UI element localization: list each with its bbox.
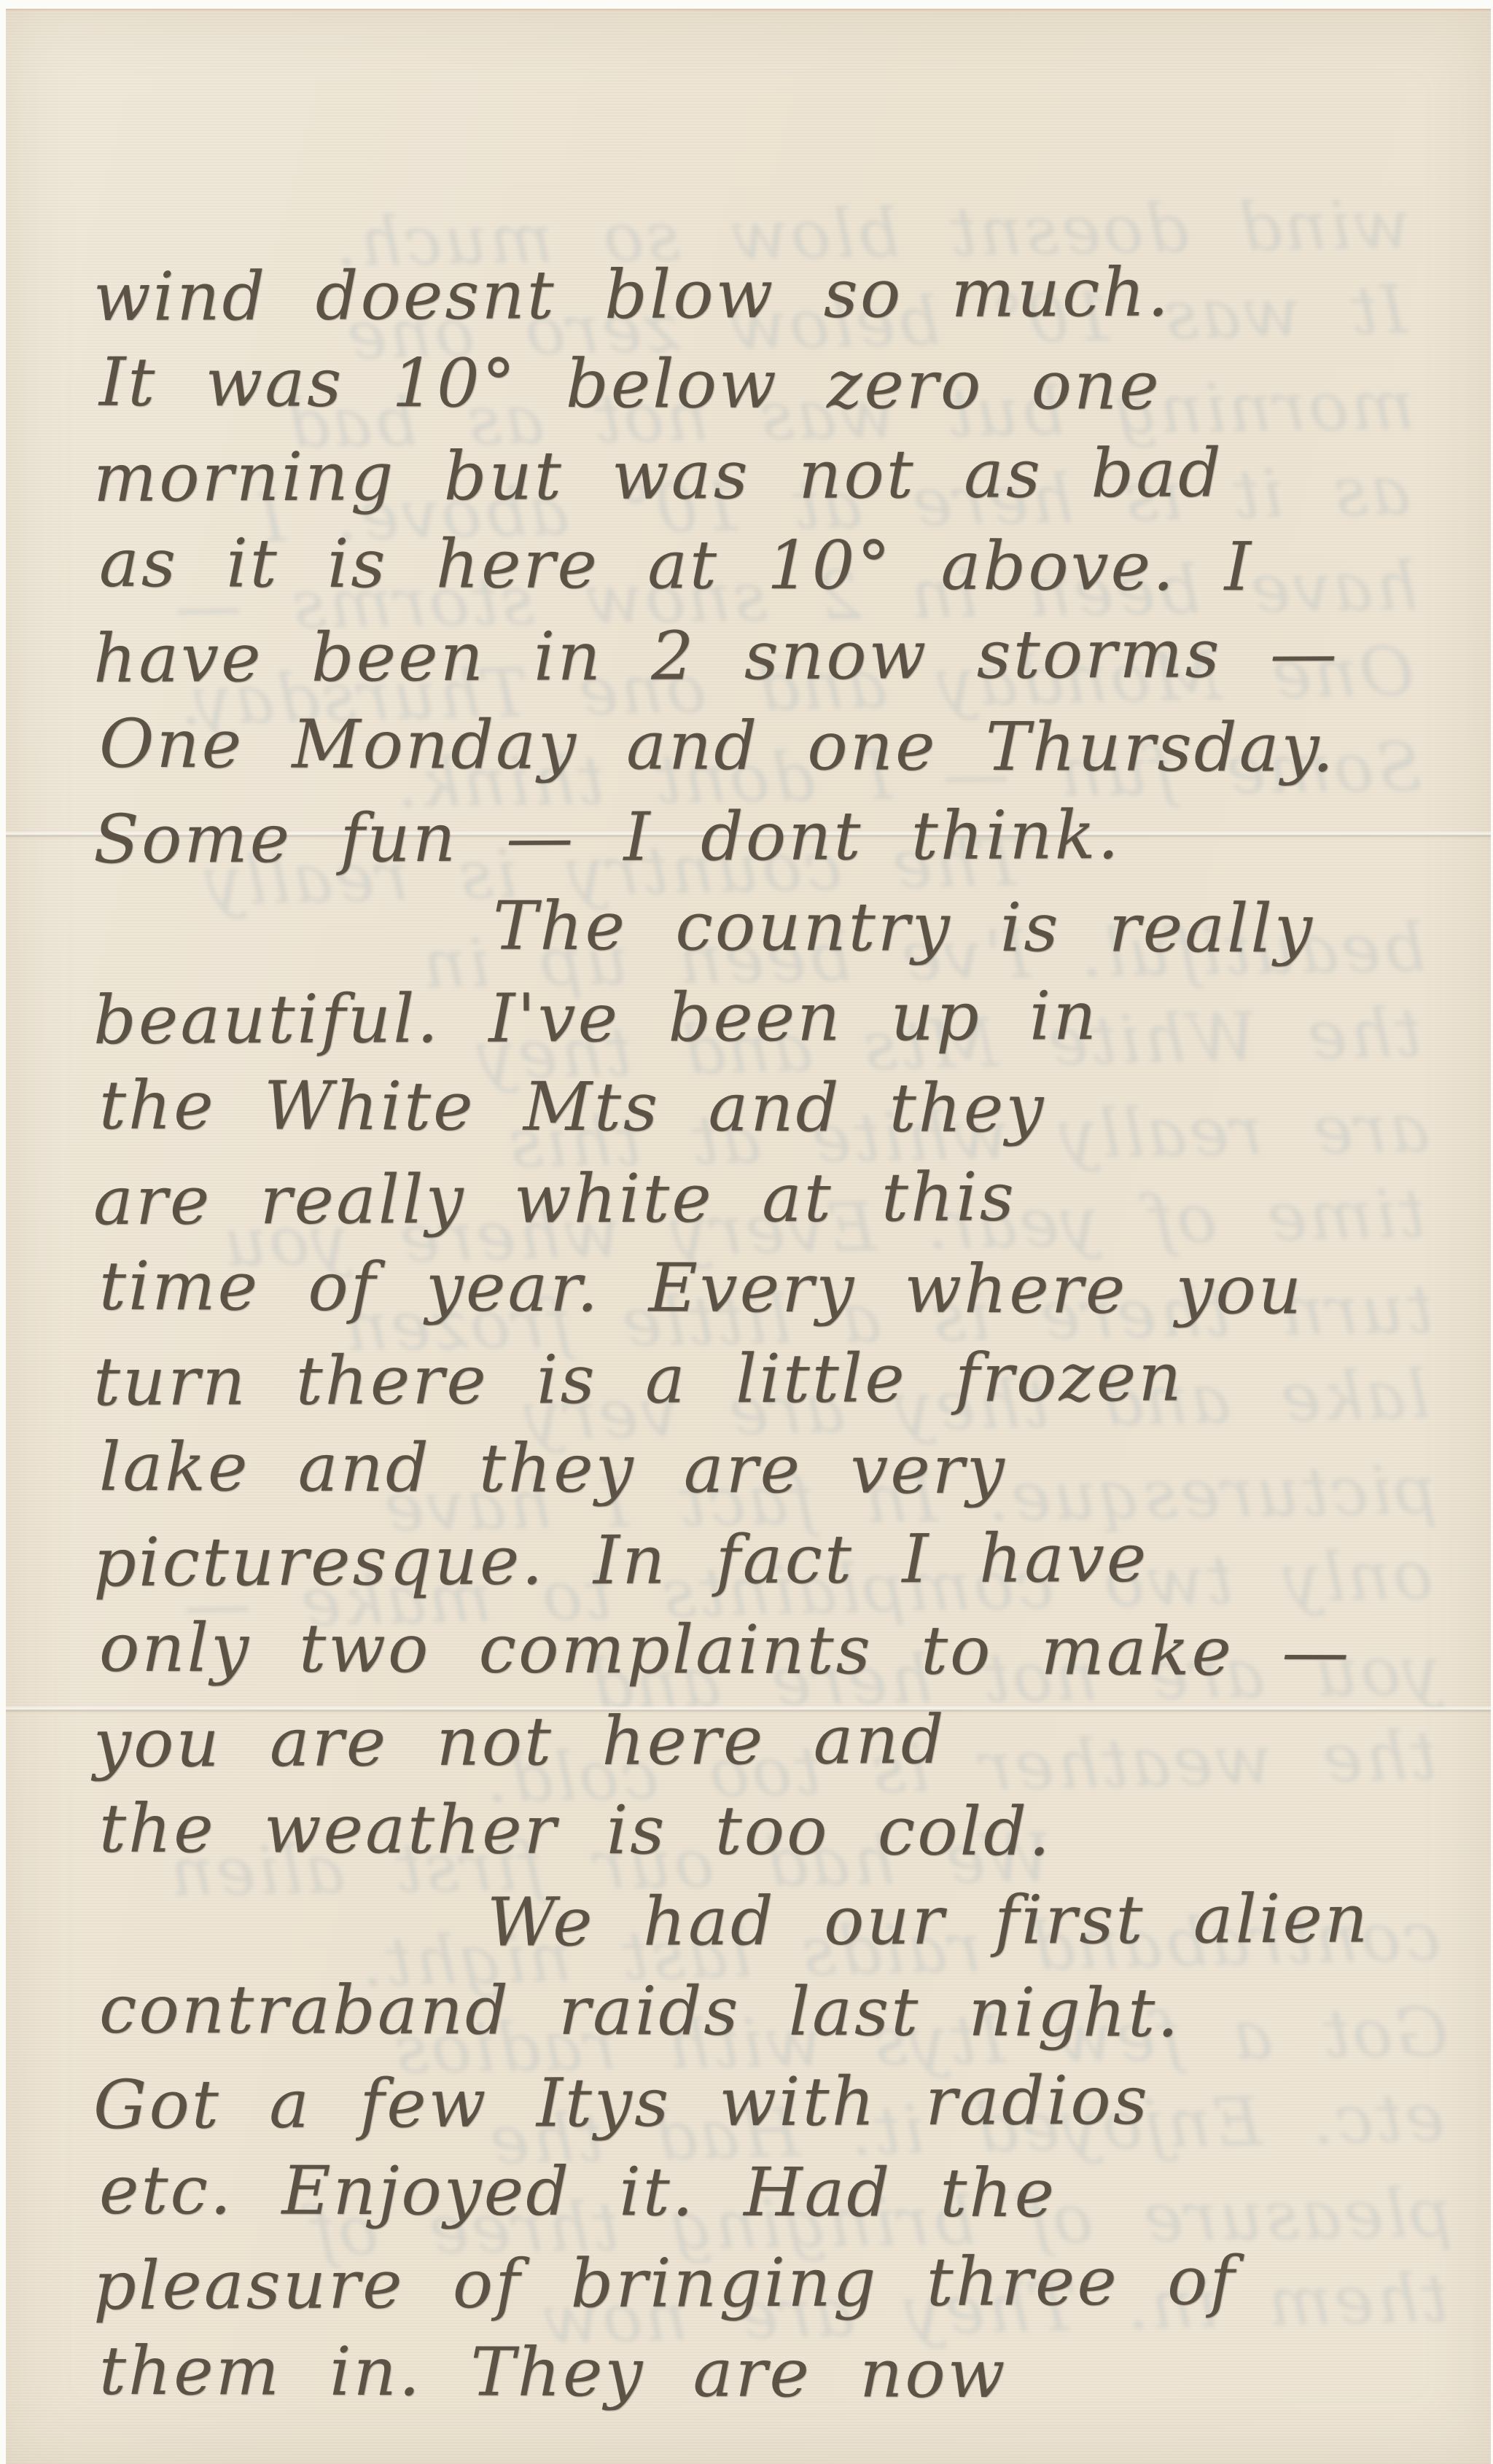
handwritten-line: lake and they are very: [99, 1422, 1467, 1518]
handwritten-line: morning but was not as bad: [93, 427, 1462, 523]
handwritten-line: It was 10° below zero one: [99, 338, 1467, 433]
handwritten-line: etc. Enjoyed it. Had the: [99, 2145, 1467, 2241]
handwritten-line: Got a few Itys with radios: [93, 2054, 1462, 2151]
scanned-letter: wind doesnt blow so much.It was 10° belo…: [0, 0, 1493, 2464]
handwritten-line: wind doesnt blow so much.: [93, 246, 1462, 343]
handwritten-line: picturesque. In fact I have: [93, 1512, 1462, 1608]
letter-page: wind doesnt blow so much.It was 10° belo…: [6, 9, 1491, 2464]
handwritten-line: you are not here and: [93, 1693, 1462, 1789]
handwritten-line: Some fun — I dont think.: [93, 789, 1462, 885]
handwritten-line: One Monday and one Thursday.: [99, 699, 1467, 795]
handwritten-line: The country is really: [99, 880, 1467, 975]
handwritten-line: turn there is a little frozen: [93, 1331, 1462, 1427]
handwritten-line: the weather is too cold.: [99, 1784, 1467, 1879]
paper-top-edge: [6, 9, 1491, 11]
page-lines: wind doesnt blow so much.It was 10° belo…: [93, 249, 1462, 2419]
handwritten-line: We had our first alien: [93, 1874, 1462, 1970]
handwritten-line: time of year. Every where you: [99, 1241, 1467, 1337]
handwritten-line: have been in 2 snow storms —: [93, 608, 1462, 704]
handwritten-line: are really white at this: [93, 1150, 1462, 1247]
handwritten-line: the White Mts and they: [99, 1061, 1467, 1156]
handwritten-line: as it is here at 10° above. I: [99, 518, 1467, 614]
handwritten-line: beautiful. I've been up in: [93, 970, 1462, 1066]
handwritten-line: pleasure of bringing three of: [93, 2235, 1462, 2331]
handwritten-line: them in. They are now: [99, 2326, 1467, 2422]
handwritten-line: only two complaints to make —: [99, 1603, 1467, 1699]
handwritten-line: contraband raids last night.: [99, 1965, 1467, 2060]
